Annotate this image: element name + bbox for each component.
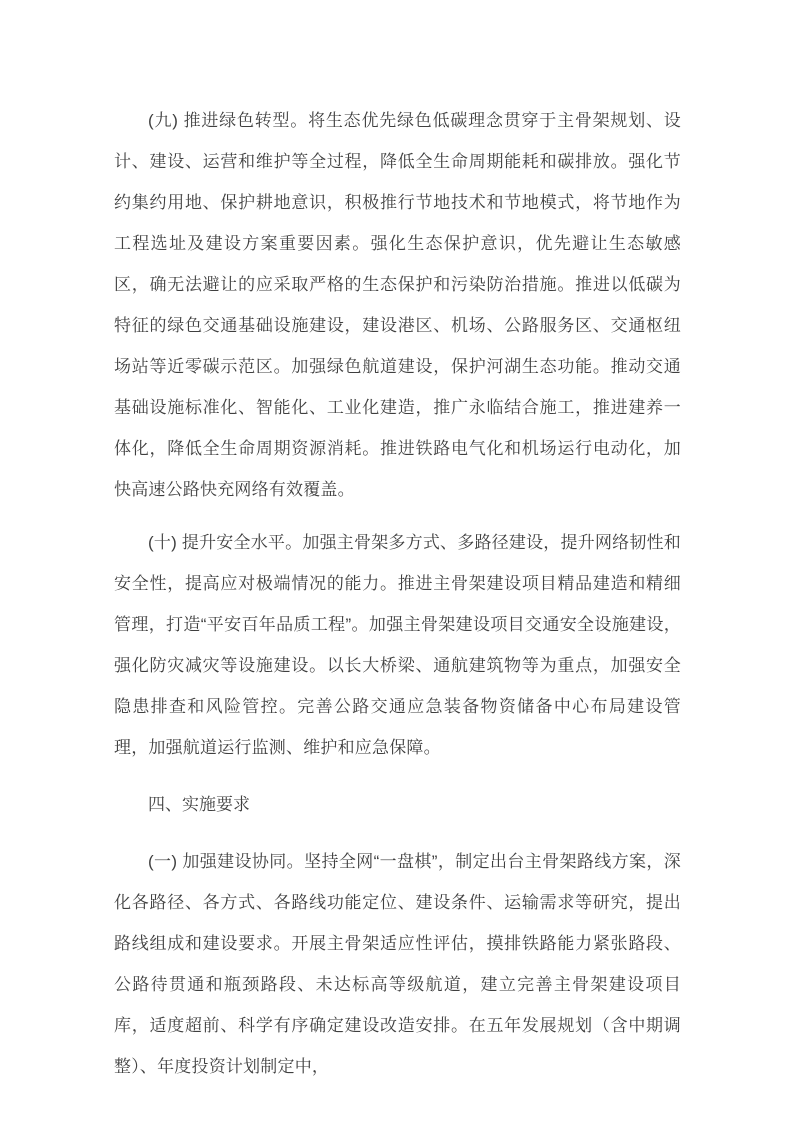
paragraph-item-10-safety-level: (十) 提升安全水平。加强主骨架多方式、多路径建设，提升网络韧性和安全性，提高应… (114, 522, 681, 768)
paragraph-item-9-green-transition: (九) 推进绿色转型。将生态优先绿色低碳理念贯穿于主骨架规划、设计、建设、运营和… (114, 100, 681, 510)
document-page: (九) 推进绿色转型。将生态优先绿色低碳理念贯穿于主骨架规划、设计、建设、运营和… (0, 0, 793, 1122)
document-body: (九) 推进绿色转型。将生态优先绿色低碳理念贯穿于主骨架规划、设计、建设、运营和… (114, 100, 681, 1087)
section-heading-implementation-requirements: 四、实施要求 (114, 784, 681, 825)
paragraph-item-1-construction-coordination: (一) 加强建设协同。坚持全网“一盘棋”，制定出台主骨架路线方案，深化各路径、各… (114, 841, 681, 1087)
